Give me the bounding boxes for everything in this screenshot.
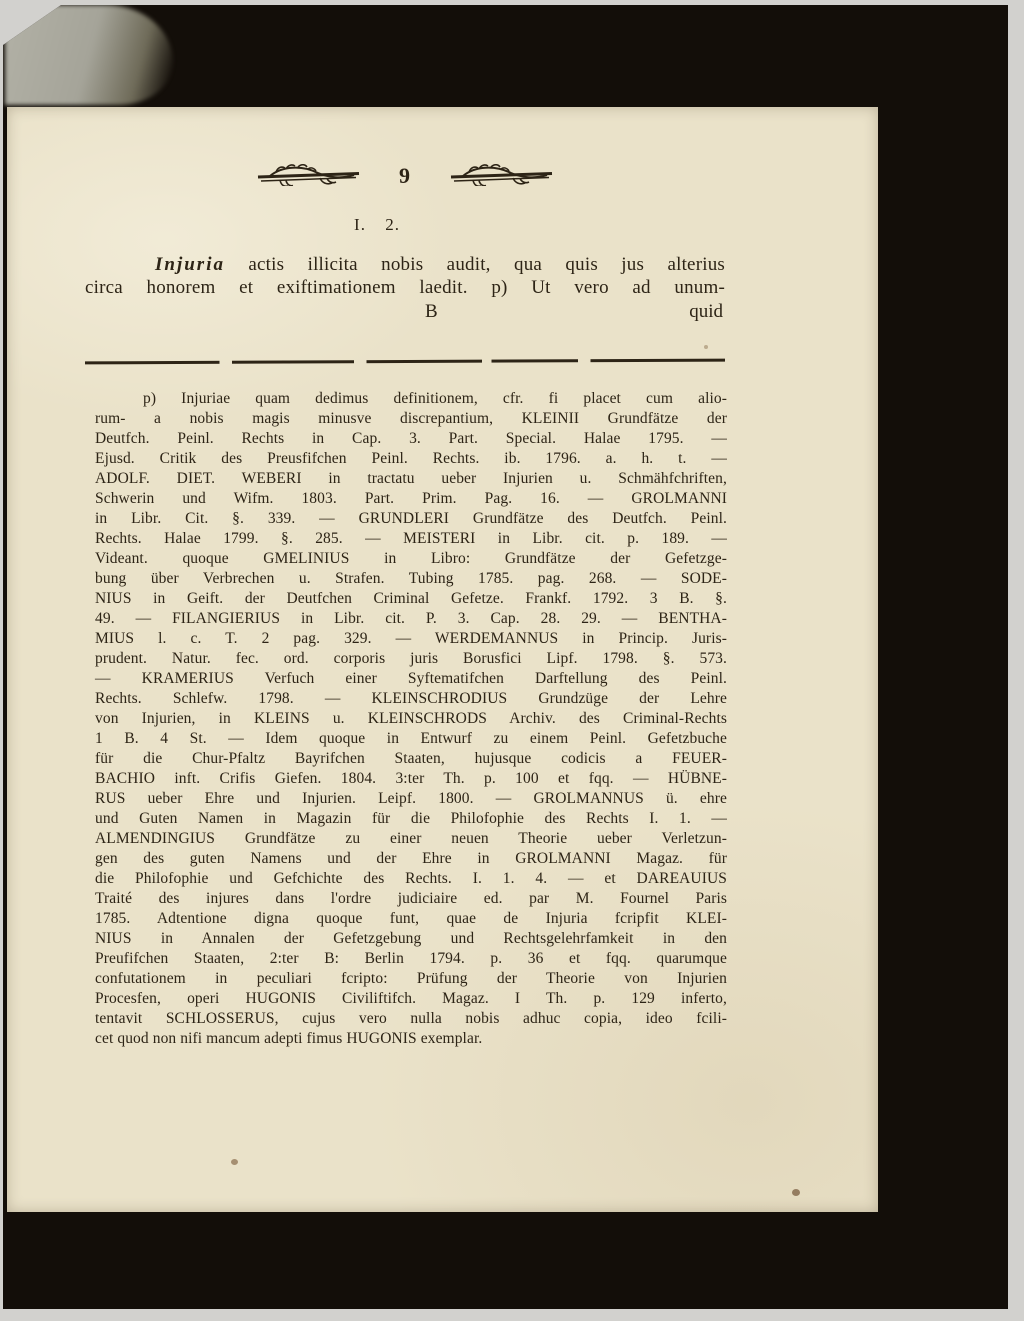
- lead-word: Injuria: [155, 254, 225, 275]
- footnote-line: ALMENDINGIUS Grundfätze zu einer neuen T…: [95, 829, 727, 849]
- footnote-line: 49. — FILANGIERIUS in Libr. cit. P. 3. C…: [95, 609, 727, 629]
- catchword: quid: [689, 301, 723, 323]
- footnote-line: cet quod non nifi mancum adepti fimus HU…: [95, 1029, 727, 1049]
- footnote-lines: p) Injuriae quam dedimus definitionem, c…: [95, 389, 727, 1049]
- footnote-line: 1 B. 4 St. — Idem quoque in Entwurf zu e…: [95, 729, 727, 749]
- footnote-line: — KRAMERIUS Verfuch einer Syftematifchen…: [95, 669, 727, 689]
- footnote-line: rum- a nobis magis minusve discrepantium…: [95, 409, 727, 429]
- footnote-line: Procesfen, operi HUGONIS Civiliftifch. M…: [95, 989, 727, 1009]
- paper-stain: [792, 1189, 800, 1196]
- footnote-line: gen des guten Namens und der Ehre in GRO…: [95, 849, 727, 869]
- page-header: 9: [85, 161, 725, 189]
- footnote-line: die Philofophie und Gefchichte des Recht…: [95, 869, 727, 889]
- scanned-book-page: 9 I. 2. Injuria actis illicita nobis aud…: [0, 0, 1024, 1321]
- footnote-line: ADOLF. DIET. WEBERI in tractatu ueber In…: [95, 469, 727, 489]
- footnote-line: Schwerin und Wifm. 1803. Part. Prim. Pag…: [95, 489, 727, 509]
- footnote-line: von Injurien, in KLEINS u. KLEINSCHRODS …: [95, 709, 727, 729]
- footnote-line: bung über Verbrechen u. Strafen. Tubing …: [95, 569, 727, 589]
- footnote-line: Ejusd. Critik des Preusfifchen Peinl. Re…: [95, 449, 727, 469]
- paper-stain: [704, 345, 708, 349]
- signature-mark: B: [425, 301, 438, 323]
- footnote-line: MIUS l. c. T. 2 pag. 329. — WERDEMANNUS …: [95, 629, 727, 649]
- footnote-line: Traité des injures dans l'ordre judiciai…: [95, 889, 727, 909]
- main-paragraph: Injuria actis illicita nobis audit, qua …: [85, 253, 725, 299]
- page-number: 9: [399, 165, 411, 187]
- scan-glare: [5, 5, 173, 105]
- catchword-row: B quid: [85, 301, 725, 325]
- footnote-line: p) Injuriae quam dedimus definitionem, c…: [95, 389, 727, 409]
- fleuron-ornament-left-icon: [256, 164, 361, 186]
- footnote-line: für die Chur-Pfaltz Bayrifchen Staaten, …: [95, 749, 727, 769]
- fleuron-ornament-right-icon: [449, 164, 554, 186]
- footnote-line: tentavit SCHLOSSERUS, cujus vero nulla n…: [95, 1009, 727, 1029]
- footnote-line: BACHIO inft. Crifis Giefen. 1804. 3:ter …: [95, 769, 727, 789]
- footnote-line: prudent. Natur. fec. ord. corporis juris…: [95, 649, 727, 669]
- section-heading: I. 2.: [57, 215, 697, 235]
- photo-backdrop: 9 I. 2. Injuria actis illicita nobis aud…: [3, 5, 1008, 1309]
- footnote-line: Rechts. Halae 1799. §. 285. — MEISTERI i…: [95, 529, 727, 549]
- footnote-line: Videant. quoque GMELINIUS in Libro: Grun…: [95, 549, 727, 569]
- footnote-line: NIUS in Geift. der Deutfchen Criminal Ge…: [95, 589, 727, 609]
- main-paragraph-text: actis illicita nobis audit, qua quis jus…: [225, 254, 725, 275]
- footnote-line: RUS ueber Ehre und Injurien. Leipf. 1800…: [95, 789, 727, 809]
- footnote-line: Rechts. Schlefw. 1798. — KLEINSCHRODIUS …: [95, 689, 727, 709]
- footnote-line: Preufifchen Staaten, 2:ter B: Berlin 179…: [95, 949, 727, 969]
- main-paragraph-line: Injuria actis illicita nobis audit, qua …: [85, 253, 725, 276]
- footnote-line: Deutfch. Peinl. Rechts in Cap. 3. Part. …: [95, 429, 727, 449]
- book-page: 9 I. 2. Injuria actis illicita nobis aud…: [7, 107, 878, 1212]
- footnote-line: in Libr. Cit. §. 339. — GRUNDLERI Grundf…: [95, 509, 727, 529]
- main-paragraph-line: circa honorem et exiftimationem laedit. …: [85, 276, 725, 299]
- footnote-line: NIUS in Annalen der Gefetzgebung und Rec…: [95, 929, 727, 949]
- paper-stain: [231, 1159, 238, 1165]
- footnote-separator-divider: [85, 359, 725, 365]
- footnote-line: und Guten Namen in Magazin für die Philo…: [95, 809, 727, 829]
- footnote-line: confutationem in peculiari fcripto: Prüf…: [95, 969, 727, 989]
- footnote-line: 1785. Adtentione digna quoque funt, quae…: [95, 909, 727, 929]
